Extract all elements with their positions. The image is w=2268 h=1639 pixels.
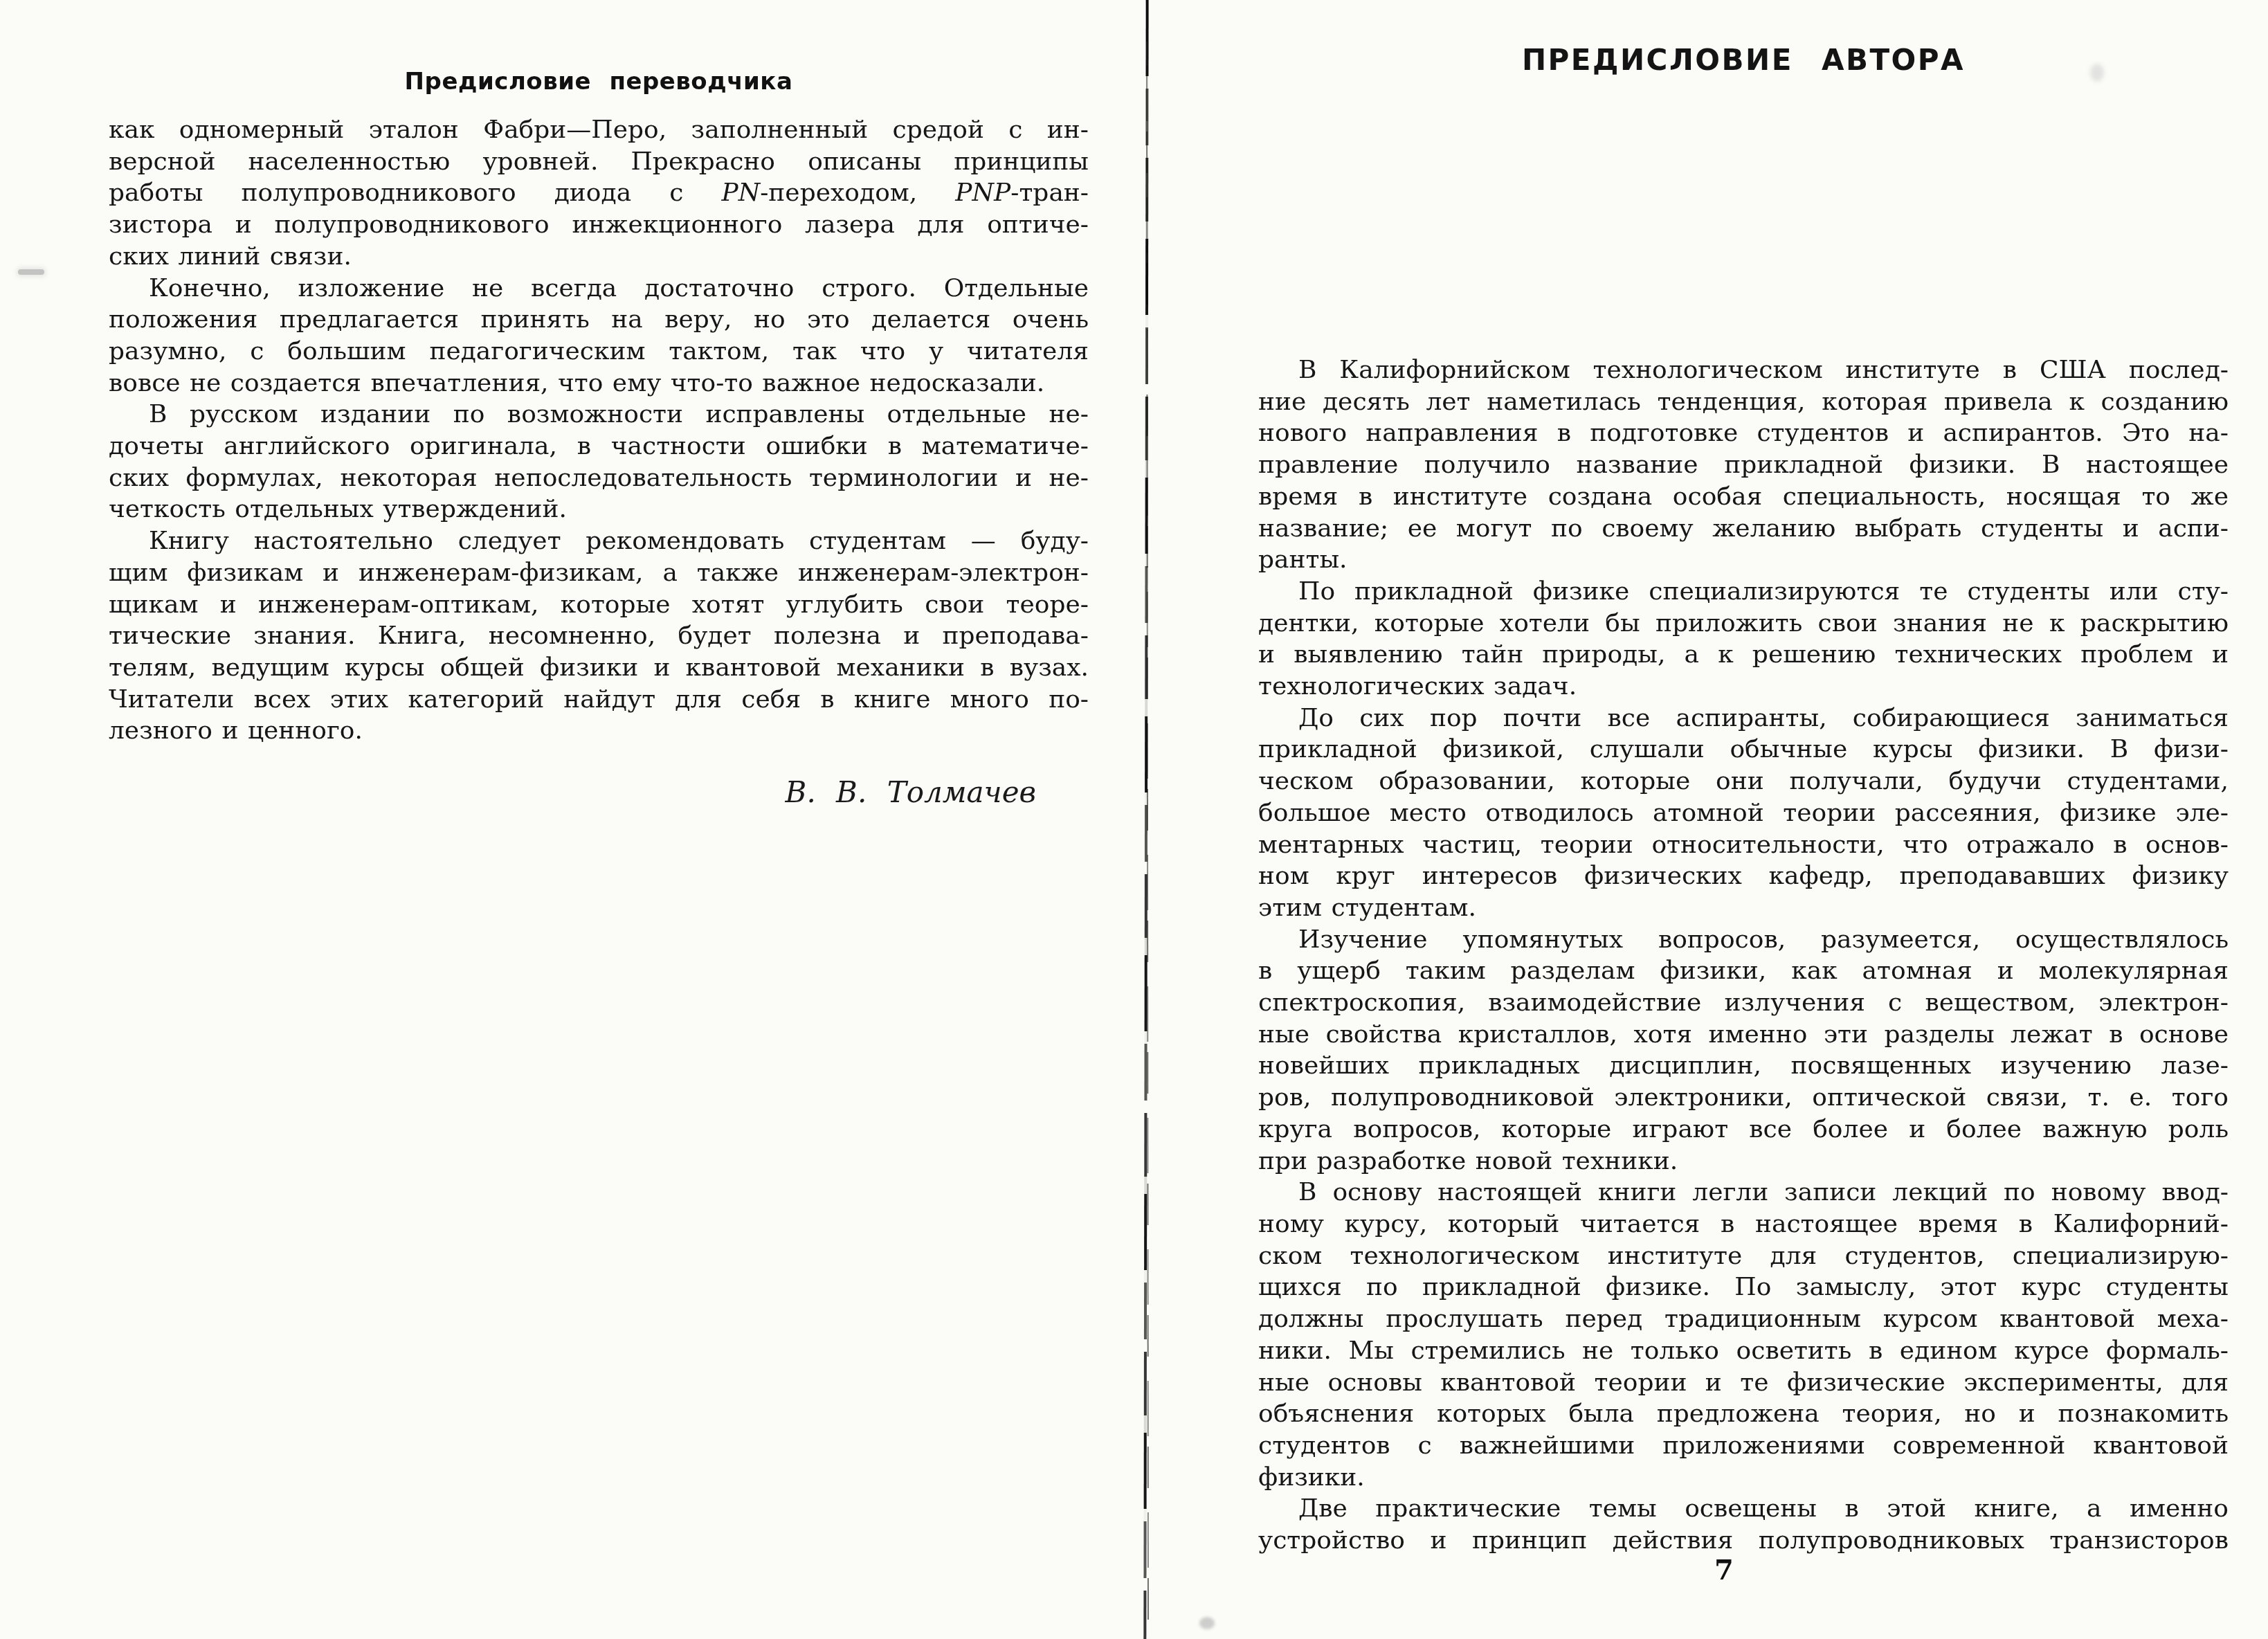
text-line: в ущерб таким разделам физики, как атомн… bbox=[1258, 955, 2229, 987]
right-page-title: ПРЕДИСЛОВИЕ АВТОРА bbox=[1258, 44, 2229, 77]
text-line: ному курсу, который читается в настоящее… bbox=[1258, 1208, 2229, 1240]
text-line: положения предлагается принять на веру, … bbox=[109, 304, 1089, 336]
text-line: тические знания. Книга, несомненно, буде… bbox=[109, 620, 1089, 652]
text-line: В основу настоящей книги легли записи ле… bbox=[1258, 1177, 2229, 1208]
text-line: ние десять лет наметилась тенденция, кот… bbox=[1258, 386, 2229, 418]
text-line: физики. bbox=[1258, 1462, 2229, 1494]
text-line: дентки, которые хотели бы приложить свои… bbox=[1258, 608, 2229, 640]
text-line: прикладной физикой, слушали обычные курс… bbox=[1258, 734, 2229, 766]
text-line: при разработке новой техники. bbox=[1258, 1146, 2229, 1177]
text-line: этим студентам. bbox=[1258, 892, 2229, 924]
text-line: Две практические темы освещены в этой кн… bbox=[1258, 1493, 2229, 1525]
text-line: четкость отдельных утверждений. bbox=[109, 493, 1089, 525]
text-line: большое место отводилось атомной теории … bbox=[1258, 797, 2229, 829]
text-line: ном круг интересов физических кафедр, пр… bbox=[1258, 860, 2229, 892]
text-line: объяснения которых была предложена теори… bbox=[1258, 1398, 2229, 1430]
text-line: должны прослушать перед традиционным кур… bbox=[1258, 1303, 2229, 1335]
text-line: круга вопросов, которые играют все более… bbox=[1258, 1114, 2229, 1146]
text-line: лезного и ценного. bbox=[109, 715, 1089, 747]
text-line: щикам и инженерам-оптикам, которые хотят… bbox=[109, 589, 1089, 621]
text-line: работы полупроводникового диода с PN-пер… bbox=[109, 177, 1089, 209]
text-line: устройство и принцип действия полупровод… bbox=[1258, 1525, 2229, 1557]
left-margin-dash-artifact bbox=[18, 269, 44, 275]
text-line: телям, ведущим курсы общей физики и кван… bbox=[109, 652, 1089, 684]
left-page: Предисловие переводчика как одномерный э… bbox=[109, 68, 1089, 898]
top-right-smudge bbox=[2090, 64, 2104, 82]
text-line: ских линий связи. bbox=[109, 241, 1089, 273]
text-line: как одномерный эталон Фабри—Перо, заполн… bbox=[109, 114, 1089, 146]
text-line: В Калифорнийском технологическом институ… bbox=[1258, 354, 2229, 386]
text-line: Изучение упомянутых вопросов, разумеется… bbox=[1258, 924, 2229, 956]
text-line: правление получило название прикладной ф… bbox=[1258, 449, 2229, 481]
translator-signature: В. В. Толмачев bbox=[109, 775, 1089, 810]
text-line: разумно, с большим педагогическим тактом… bbox=[109, 336, 1089, 368]
text-line: зистора и полупроводникового инжекционно… bbox=[109, 209, 1089, 241]
text-line: ских формулах, некоторая непоследователь… bbox=[109, 462, 1089, 494]
right-page-body: В Калифорнийском технологическом институ… bbox=[1258, 354, 2229, 1557]
page-number: 7 bbox=[1700, 1555, 1748, 1586]
left-page-title: Предисловие переводчика bbox=[109, 68, 1089, 96]
text-line: название; ее могут по своему желанию выб… bbox=[1258, 513, 2229, 545]
text-line: версной населенностью уровней. Прекрасно… bbox=[109, 146, 1089, 178]
text-line: Конечно, изложение не всегда достаточно … bbox=[109, 273, 1089, 305]
bottom-gutter-smudge bbox=[1199, 1617, 1215, 1629]
text-line: спектроскопия, взаимодействие излучения … bbox=[1258, 987, 2229, 1019]
text-line: По прикладной физике специализируются те… bbox=[1258, 576, 2229, 608]
text-line: В русском издании по возможности исправл… bbox=[109, 399, 1089, 431]
text-line: дочеты английского оригинала, в частност… bbox=[109, 431, 1089, 462]
text-line: ные основы квантовой теории и те физичес… bbox=[1258, 1367, 2229, 1399]
text-line: ники. Мы стремились не только осветить в… bbox=[1258, 1335, 2229, 1367]
text-line: Книгу настоятельно следует рекомендовать… bbox=[109, 525, 1089, 557]
text-line: и выявлению тайн природы, а к решению те… bbox=[1258, 639, 2229, 671]
text-line: ческом образовании, которые они получали… bbox=[1258, 766, 2229, 797]
text-line: технологических задач. bbox=[1258, 671, 2229, 703]
text-line: ров, полупроводниковой электроники, опти… bbox=[1258, 1082, 2229, 1114]
text-line: Читатели всех этих категорий найдут для … bbox=[109, 684, 1089, 716]
left-page-body: как одномерный эталон Фабри—Перо, заполн… bbox=[109, 114, 1089, 747]
text-line: нового направления в подготовке студенто… bbox=[1258, 417, 2229, 449]
text-line: До сих пор почти все аспиранты, собирающ… bbox=[1258, 703, 2229, 734]
text-line: щихся по прикладной физике. По замыслу, … bbox=[1258, 1271, 2229, 1303]
text-line: ском технологическом институте для студе… bbox=[1258, 1240, 2229, 1272]
text-line: новейших прикладных дисциплин, посвященн… bbox=[1258, 1050, 2229, 1082]
text-line: студентов с важнейшими приложениями совр… bbox=[1258, 1430, 2229, 1462]
text-line: ментарных частиц, теории относительности… bbox=[1258, 829, 2229, 861]
text-line: щим физикам и инженерам-физикам, а также… bbox=[109, 557, 1089, 589]
right-page: ПРЕДИСЛОВИЕ АВТОРА В Калифорнийском техн… bbox=[1258, 44, 2229, 1608]
text-line: ранты. bbox=[1258, 544, 2229, 576]
text-line: вовсе не создается впечатления, что ему … bbox=[109, 368, 1089, 399]
text-line: ные свойства кристаллов, хотя именно эти… bbox=[1258, 1019, 2229, 1051]
text-line: время в институте создана особая специал… bbox=[1258, 481, 2229, 513]
